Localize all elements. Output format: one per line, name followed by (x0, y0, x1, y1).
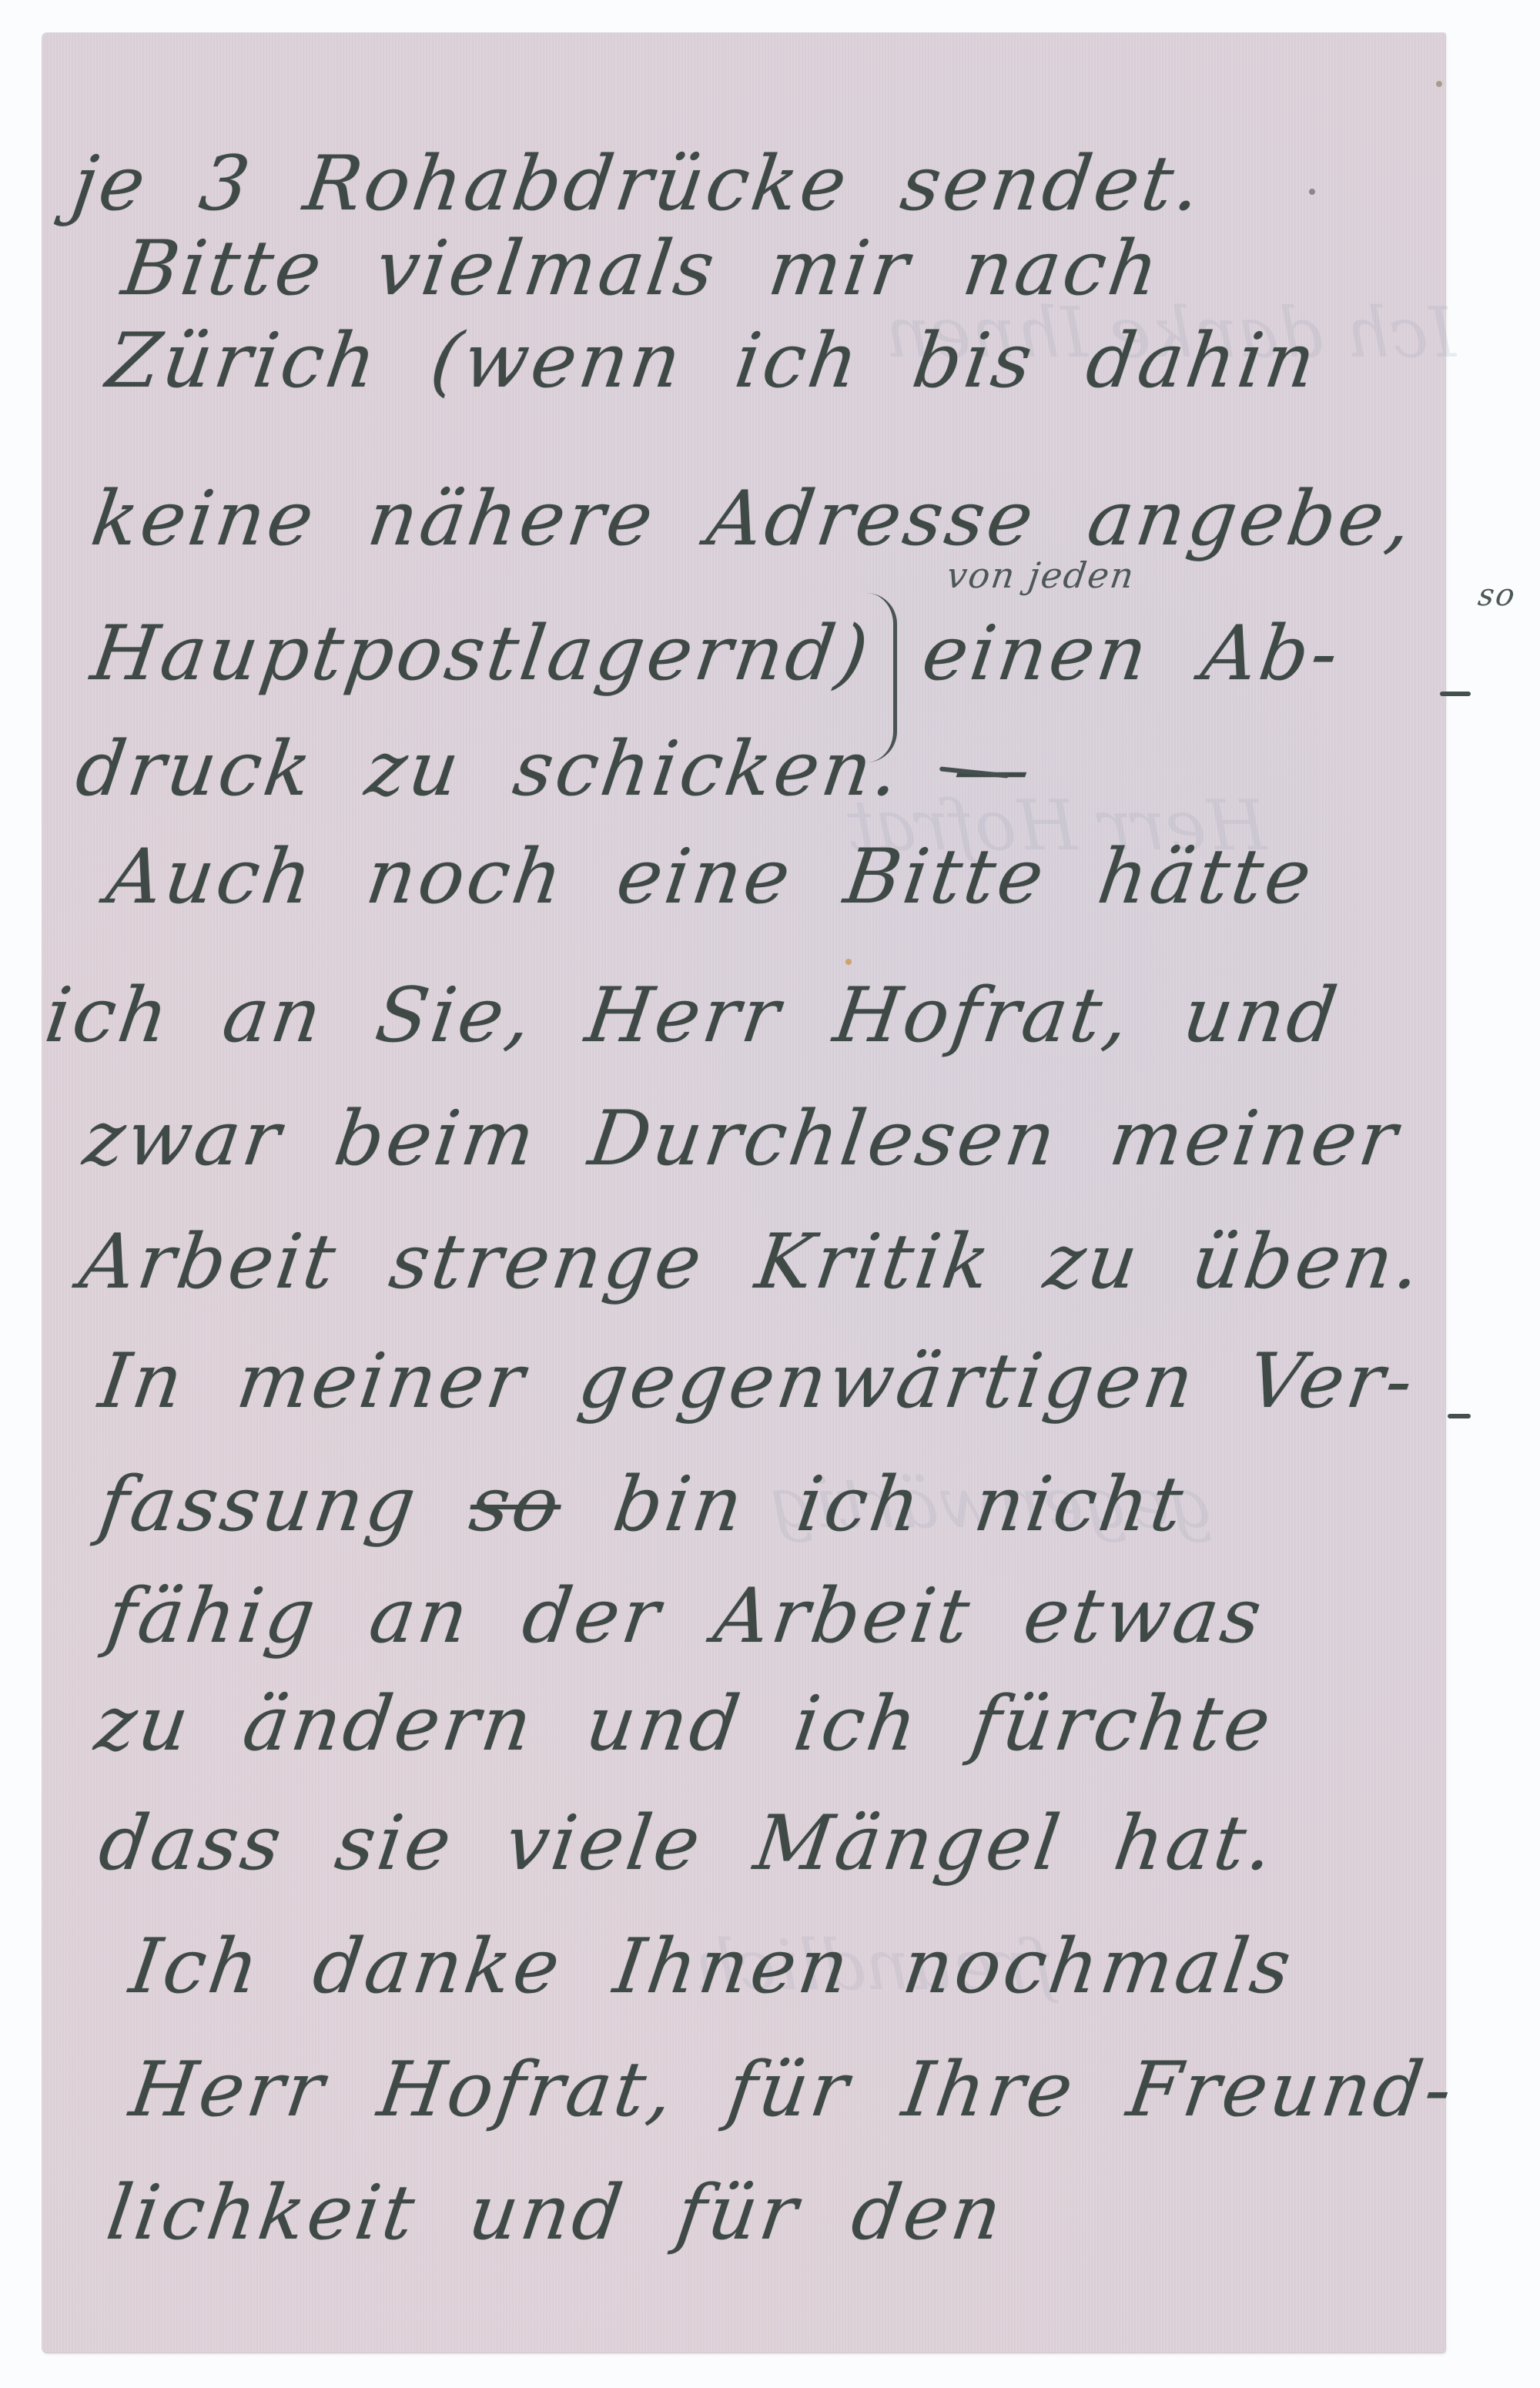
letter-line-3: Zürich (wenn ich bis dahin (102, 323, 1323, 399)
margin-note: so (1476, 578, 1518, 613)
insertion-annotation: von jeden (944, 554, 1137, 596)
letter-line-10: Arbeit strenge Kritik zu üben. (75, 1224, 1428, 1300)
letter-line-18: lichkeit und für den (102, 2175, 1009, 2251)
letter-line-1: je 3 Rohabdrücke sendet. (68, 146, 1208, 222)
letter-line-14: zu ändern und ich fürchte (91, 1686, 1277, 1762)
letter-line-12-end: bin ich nicht (608, 1461, 1191, 1549)
letter-line-9: zwar beim Durchlesen meiner (79, 1101, 1404, 1177)
letter-line-12-start: fassung (94, 1461, 423, 1549)
letter-line-17: Herr Hofrat, für Ihre Freund- (126, 2052, 1459, 2128)
paper-speck (1309, 189, 1315, 195)
letter-line-13: fähig an der Arbeit etwas (102, 1579, 1268, 1654)
letter-line-6: druck zu schicken. — (72, 732, 1038, 807)
paper-speck (845, 959, 852, 965)
letter-line-16: Ich danke Ihnen nochmals (126, 1929, 1298, 2005)
paper-speck (1436, 81, 1442, 87)
letter-line-7: Auch noch eine Bitte hätte (102, 839, 1318, 915)
letter-line-4: keine nähere Adresse angebe, (87, 481, 1419, 557)
letter-line-12a: fassung so bin ich nicht (95, 1467, 1190, 1542)
letter-line-8: ich an Sie, Herr Hofrat, und (41, 978, 1344, 1053)
letter-line-5: Hauptpostlagernd) einen Ab- (87, 616, 1345, 692)
letter-line-2: Bitte vielmals mir nach (118, 231, 1166, 306)
line-end-dash (1440, 692, 1471, 696)
struck-word: so (464, 1461, 567, 1549)
line-end-dash (1448, 1414, 1471, 1418)
letter-line-15: dass sie viele Mängel hat. (95, 1806, 1281, 1881)
letter-line-11: In meiner gegenwärtigen Ver- (95, 1344, 1420, 1419)
